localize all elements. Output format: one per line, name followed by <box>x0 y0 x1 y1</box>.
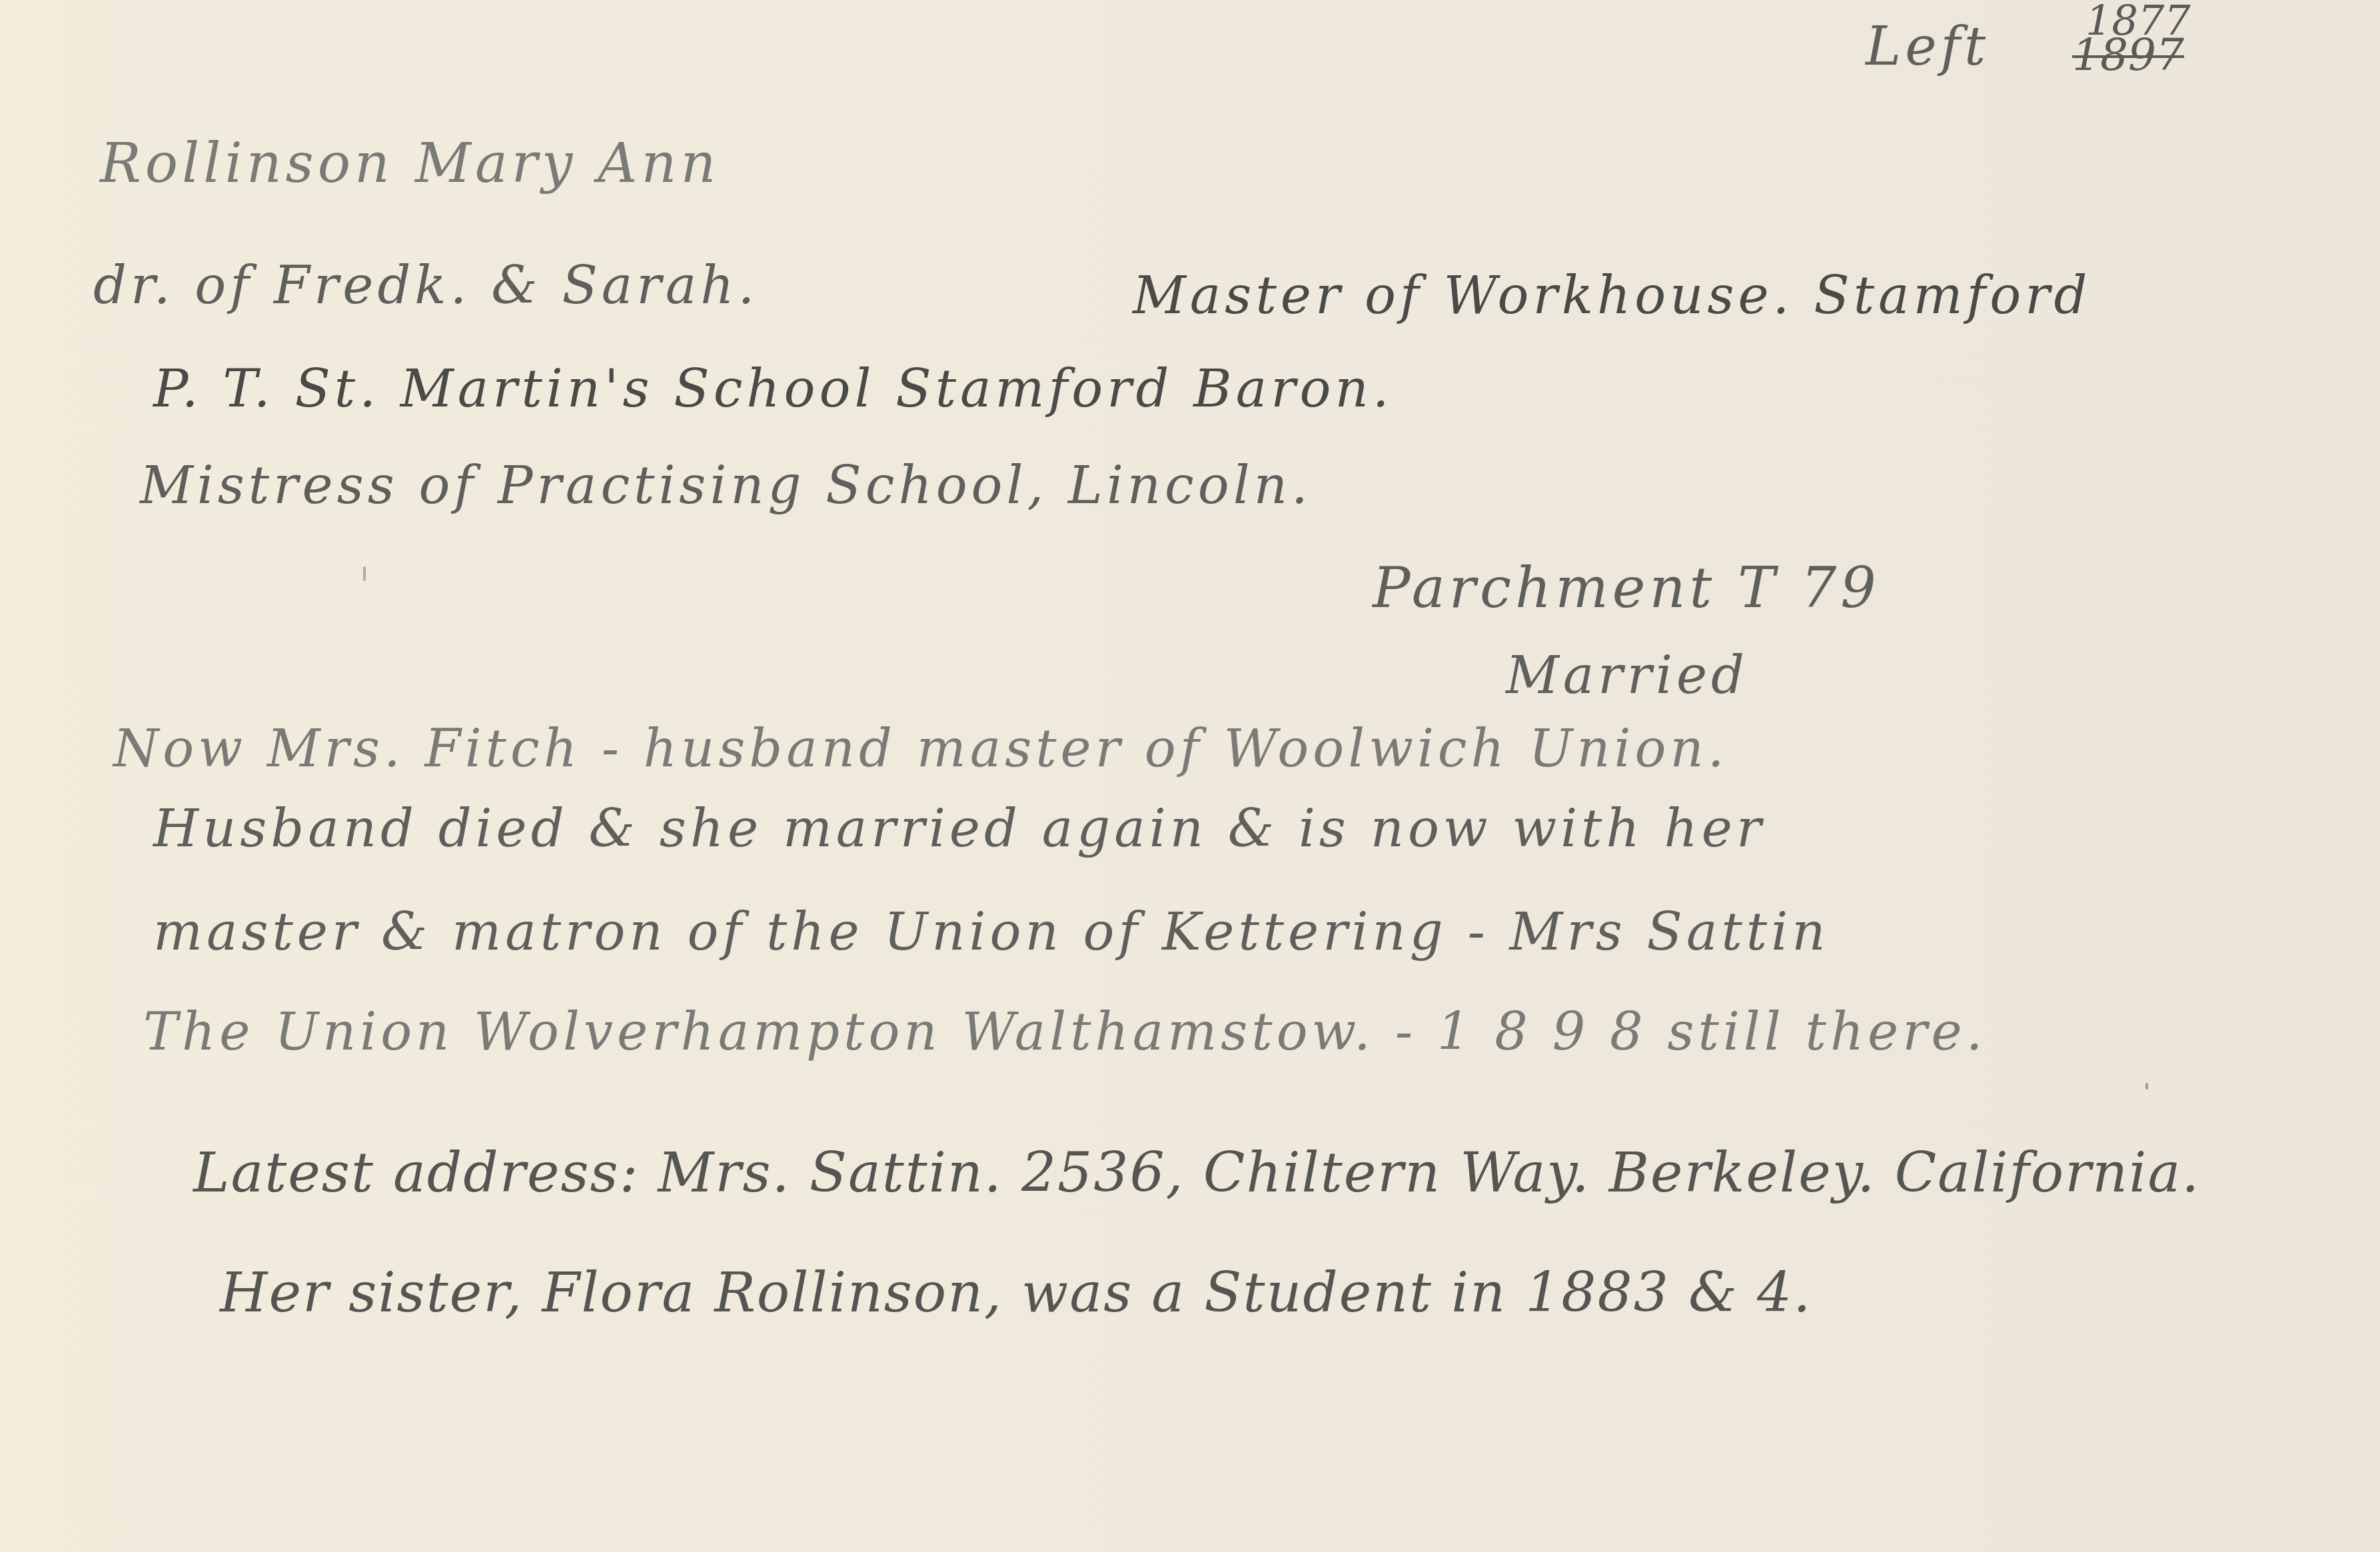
paper-speck <box>363 566 366 581</box>
note-line-2: Husband died & she married again & is no… <box>153 803 1765 855</box>
school: P. T. St. Martin's School Stamford Baron… <box>153 363 1393 415</box>
record-card: Left 1877 1897 Rollinson Mary Ann dr. of… <box>0 0 2380 1552</box>
post: Mistress of Practising School, Lincoln. <box>140 460 1312 512</box>
certificate: Parchment T 79 <box>1373 560 1880 616</box>
student-name: Rollinson Mary Ann <box>100 137 720 191</box>
left-label: Left <box>1866 20 1990 73</box>
parentage: dr. of Fredk. & Sarah. <box>93 260 758 312</box>
note-line-1: Now Mrs. Fitch - husband master of Woolw… <box>113 723 1728 775</box>
paper-speck <box>2145 1083 2148 1090</box>
note-line-4: The Union Wolverhampton Walthamstow. - 1… <box>143 1006 1987 1058</box>
note-line-3: master & matron of the Union of Ketterin… <box>153 906 1829 958</box>
father-occupation: Master of Workhouse. Stamford <box>1133 270 2091 322</box>
sister-note: Her sister, Flora Rollinson, was a Stude… <box>220 1266 1812 1321</box>
year-struck: 1897 <box>2072 33 2184 77</box>
married-label: Married <box>1506 650 1748 702</box>
latest-address: Latest address: Mrs. Sattin. 2536, Chilt… <box>193 1146 2200 1201</box>
